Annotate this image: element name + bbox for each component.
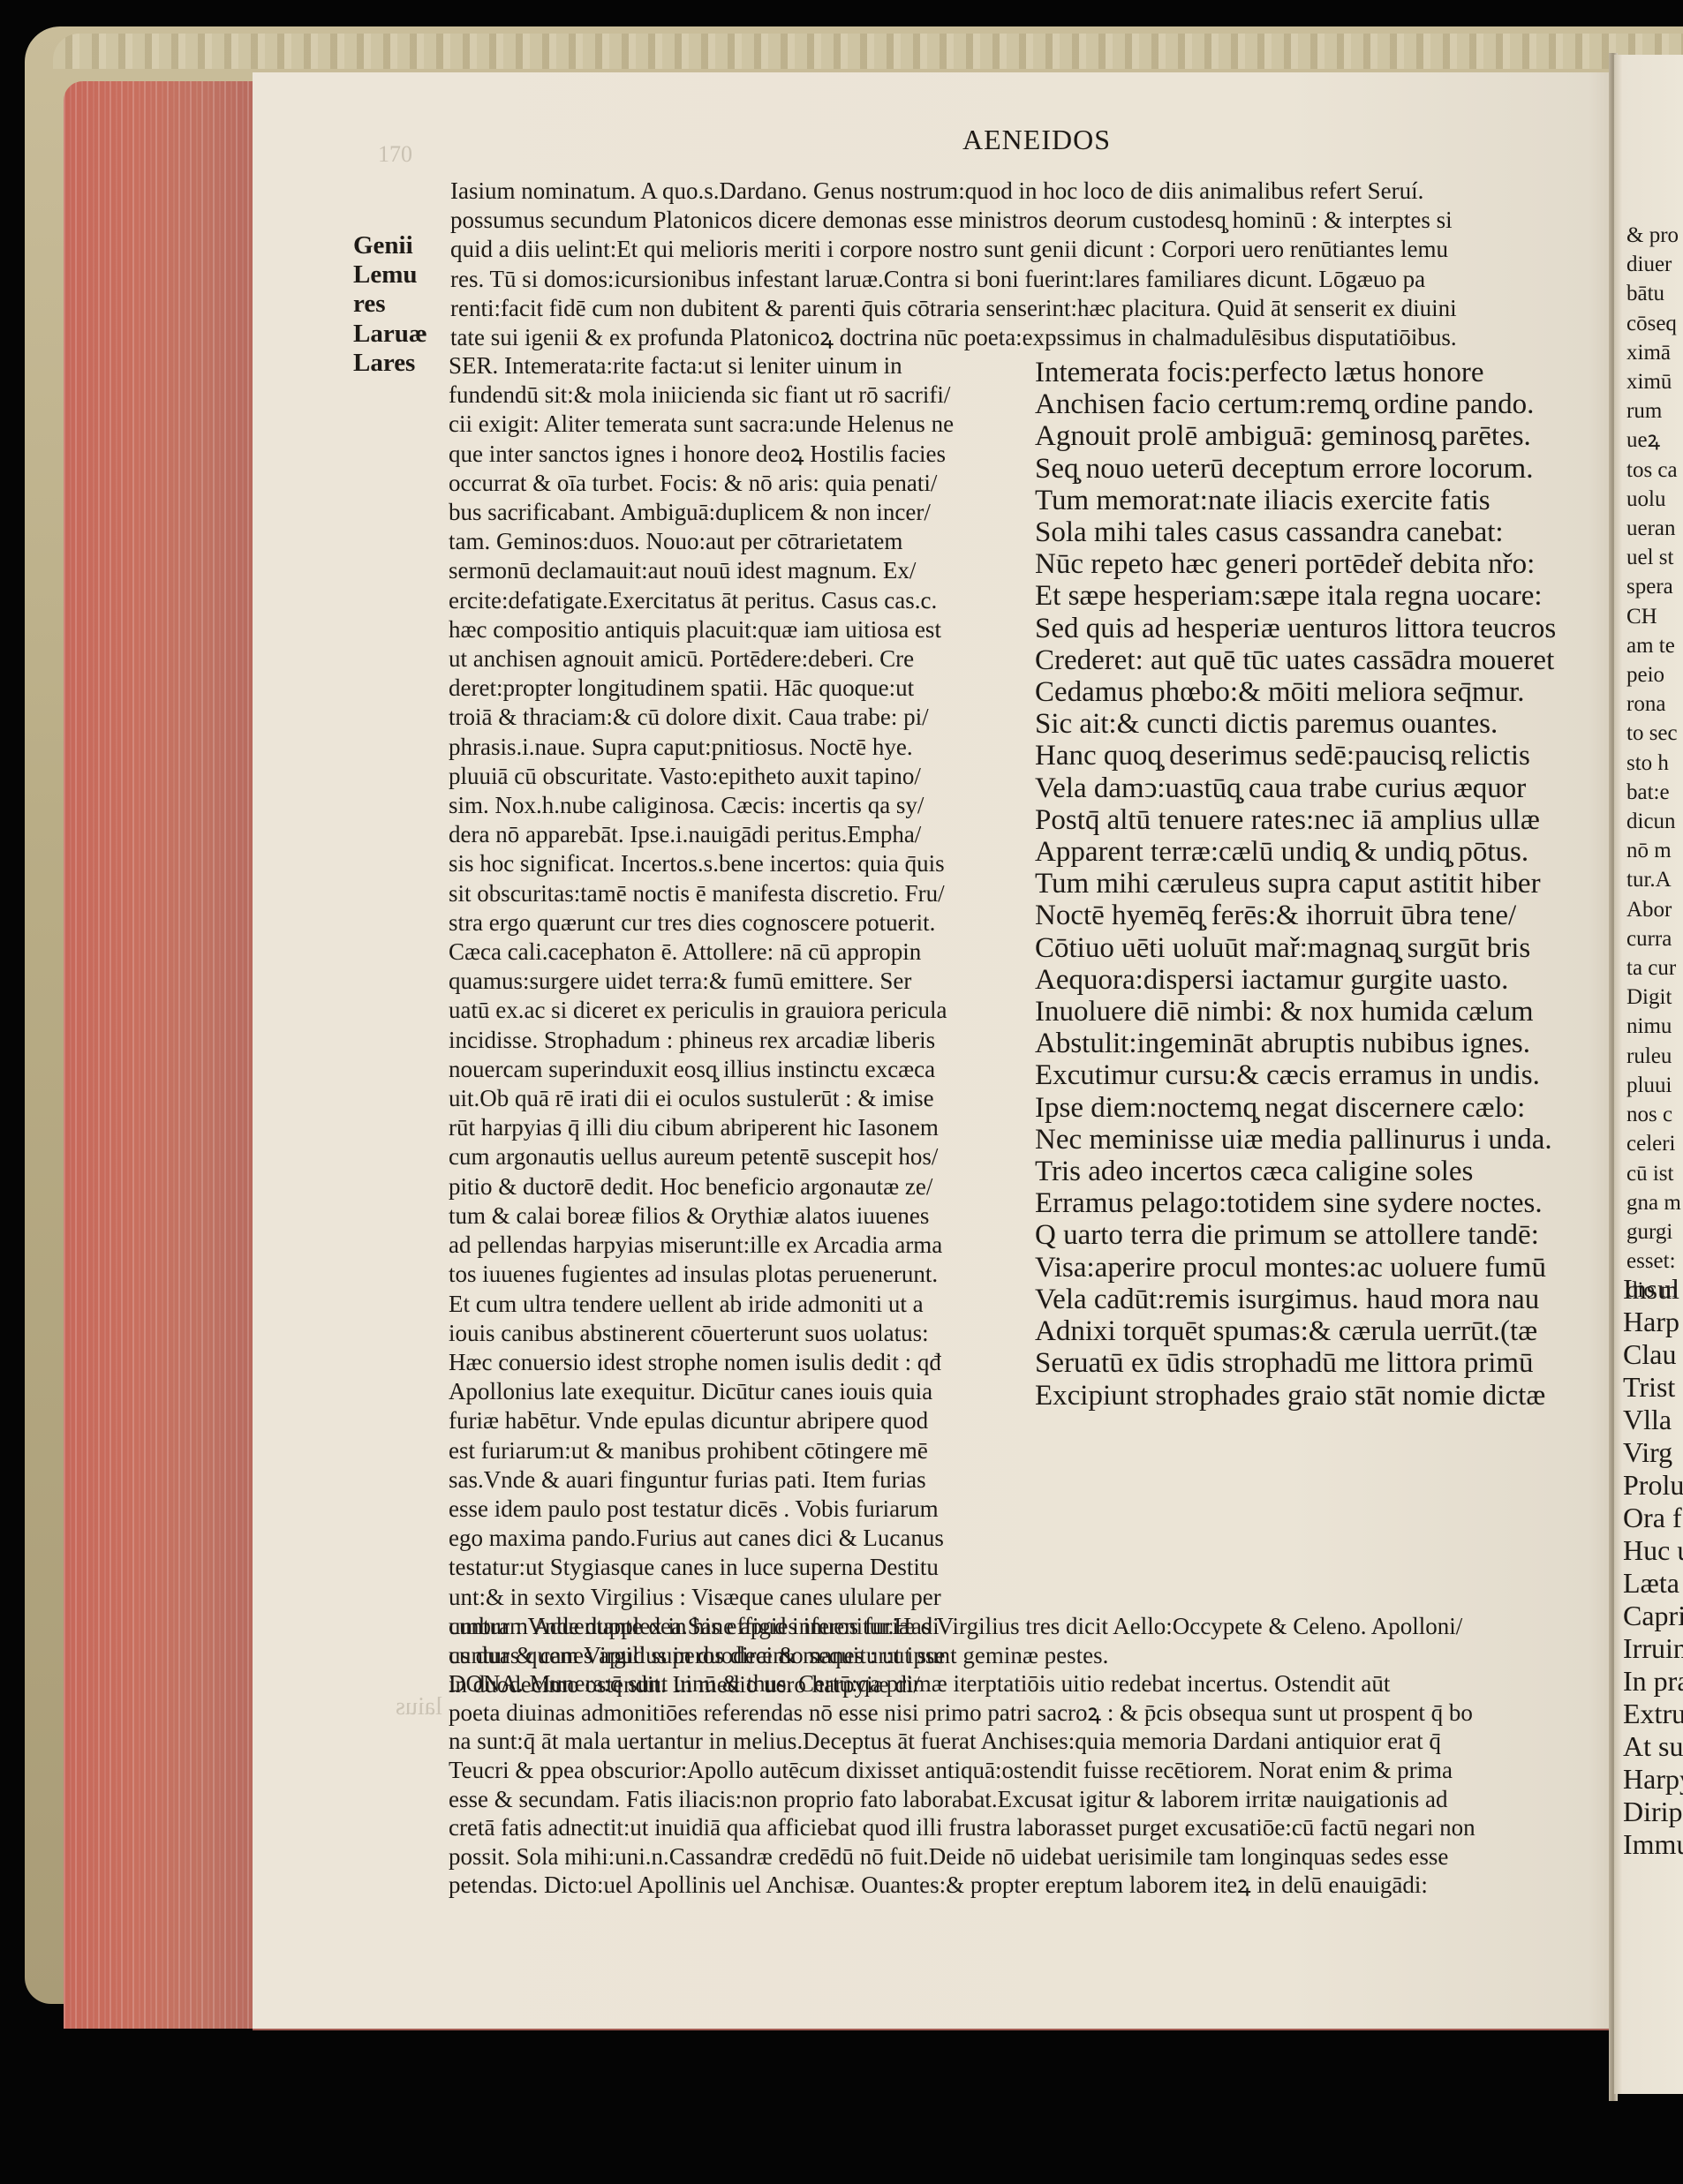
facing-gloss-line: Abor [1626,895,1681,924]
gloss-line: Hæc conuersio idest strophe nomen isulis… [449,1348,1023,1377]
verse-line: Tum mihi cæruleus supra caput astitit hi… [1035,868,1591,900]
text-line: res. Tū si domos:icursionibus infestant … [450,265,1589,294]
gloss-line: furiæ habētur. Vnde epulas dicuntur abri… [449,1406,1023,1435]
gloss-line: unt:& in sexto Virgilius : Visæque canes… [449,1583,1023,1612]
facing-verse-line: Insul [1623,1273,1683,1306]
gloss-line: Cæca cali.cacephaton ē. Attollere: nā cū… [449,938,1023,967]
facing-gloss-line: nos c [1626,1100,1681,1129]
commentary-column: SER. Intemerata:rite facta:ut si leniter… [449,351,1023,1699]
text-line: renti:facit fidē cum non dubitent & pare… [450,294,1589,323]
facing-verse-line: Trist [1623,1371,1683,1404]
running-head: AENEIDOS [962,124,1111,156]
gloss-line: cum argonautis uellus aureum petentē sus… [449,1142,1023,1171]
verse-line: Excipiunt strophades graio stāt nomie di… [1035,1380,1591,1412]
gloss-line: tam. Geminos:duos. Nouo:aut per cōtrarie… [449,527,1023,556]
gloss-line: ut anchisen agnouit amicū. Portēdere:deb… [449,644,1023,674]
verse-line: Vela damↄ:uastūq̧ caua trabe curius æquo… [1035,772,1591,804]
gloss-line: nouercam superinduxit eosq̧ illius insti… [449,1055,1023,1084]
facing-gloss-line: pluui [1626,1071,1681,1100]
text-line: poeta diuinas admonitiōes referendas nō … [449,1698,1596,1728]
facing-gloss-line: esset: [1626,1246,1681,1276]
facing-gloss-line: dicun [1626,807,1681,836]
facing-gloss-fragments: & prodiuerbātucōseqximāximūrumueꝝtos cau… [1626,221,1681,1306]
facing-gloss-line: to sec [1626,719,1681,748]
gloss-line: stra ergo quærunt cur tres dies cognosce… [449,908,1023,938]
gloss-line: sas.Vnde & auari finguntur furias pati. … [449,1465,1023,1495]
gloss-line: Apollonius late exequitur. Dicūtur canes… [449,1377,1023,1406]
verse-line: Tris adeo incertos cæca caligine soles [1035,1156,1591,1187]
facing-gloss-line: peio [1626,660,1681,689]
facing-verse-line: Harp [1623,1306,1683,1338]
gloss-line: fundendū sit:& mola iniicienda sic fiant… [449,380,1023,410]
facing-gloss-line: bātu [1626,279,1681,308]
gloss-line: pitio & ductorē dedit. Hoc beneficio arg… [449,1172,1023,1201]
margin-note: Lemu [353,260,427,290]
verse-line: Cōtiuo uēti uoluūt mař:magnaq̧ surgūt br… [1035,932,1591,964]
verse-line: Adnixi torquēt spumas:& cærula uerrūt.(t… [1035,1315,1591,1347]
gloss-line: sis hoc significat. Incertos.s.bene ince… [449,849,1023,878]
text-line: cretā fatis adnectit:ut inuidiā qua affi… [449,1813,1596,1842]
verse-line: Ipse diem:noctemq̧ negat discernere cælo… [1035,1092,1591,1124]
facing-gloss-line: diuer [1626,250,1681,279]
facing-verse-line: Extru [1623,1698,1683,1730]
gloss-line: occurrat & oīa turbet. Focis: & nō aris:… [449,469,1023,498]
facing-verse-line: In pra [1623,1665,1683,1698]
facing-verse-fragments: InsulHarpClauTristVllaVirgProluOra fHuc … [1623,1273,1683,1861]
facing-verse-line: Diripi [1623,1796,1683,1828]
verse-line: Et sæpe hesperiam:sæpe itala regna uocar… [1035,580,1591,612]
show-through-margin-note: laius [396,1693,442,1721]
facing-gloss-line: cōseq [1626,309,1681,338]
gloss-line: ego maxima pando.Furius aut canes dici &… [449,1524,1023,1553]
gloss-line: troiā & thraciam:& cū dolore dixit. Caua… [449,703,1023,732]
margin-note: Genii [353,231,427,260]
facing-gloss-line: uel st [1626,543,1681,572]
text-line: esse & secundam. Fatis iliacis:non propr… [449,1785,1596,1814]
verse-line: Noctē hyemēq̧ ferēs:& ihorruit ūbra tene… [1035,900,1591,931]
gloss-line: uit.Ob quā rē irati dii ei oculos sustul… [449,1084,1023,1113]
facing-gloss-line: am te [1626,631,1681,660]
gloss-line: Et cum ultra tendere uellent ab iride ad… [449,1290,1023,1319]
facing-gloss-line: Digit [1626,983,1681,1012]
facing-gloss-line: curra [1626,924,1681,953]
margin-note: Laruæ [353,320,427,349]
verse-line: Apparent terræ:cælū undiq̧ & undiq̧ pōtu… [1035,836,1591,868]
facing-gloss-line: rona [1626,689,1681,719]
facing-gloss-line: gna m [1626,1188,1681,1217]
verse-line: Seq̧ nouo ueterū deceptum errore locorum… [1035,453,1591,485]
facing-verse-line: Ora f [1623,1502,1683,1534]
commentary-bottom-block: cuntur : Vnde dupplex in his effigies in… [449,1612,1596,1900]
text-line: na sunt:q̄ āt mala uertantur in melius.D… [449,1727,1596,1756]
text-line: DONA. Munera:q̄ sunt uinū & thus. Certū:… [449,1669,1596,1698]
verse-line: Agnouit prolē ambiguā: geminosq̧ parētes… [1035,420,1591,452]
text-line: petendas. Dicto:uel Apollinis uel Anchis… [449,1871,1596,1900]
verse-line: Sola mihi tales casus cassandra canebat: [1035,516,1591,548]
facing-gloss-line: ta cur [1626,953,1681,983]
facing-verse-line: Irruin [1623,1632,1683,1665]
facing-gloss-line: uolu [1626,485,1681,514]
facing-gloss-line: nō m [1626,836,1681,865]
verse-line: Hanc quoq̧ deserimus sedē:paucisq̧ relic… [1035,740,1591,772]
facing-verse-line: Vlla [1623,1404,1683,1436]
gloss-line: bus sacrificabant. Ambiguā:duplicem & no… [449,498,1023,527]
facing-page-edge: & prodiuerbātucōseqximāximūrumueꝝtos cau… [1614,55,1683,2094]
facing-verse-line: Capri [1623,1600,1683,1632]
gloss-line: testatur:ut Stygiasque canes in luce sup… [449,1553,1023,1582]
gloss-line: iouis canibus abstinerent cōuerterunt su… [449,1319,1023,1348]
gloss-line: incidisse. Strophadum : phineus rex arca… [449,1026,1023,1055]
facing-gloss-line: ueran [1626,514,1681,543]
facing-gloss-line: sto h [1626,749,1681,778]
facing-gloss-line: ximū [1626,367,1681,396]
text-line: Iasium nominatum. A quo.s.Dardano. Genus… [450,177,1589,206]
facing-verse-line: At sub [1623,1730,1683,1763]
facing-gloss-line: celeri [1626,1129,1681,1158]
verse-line: Tum memorat:nate iliacis exercite fatis [1035,485,1591,516]
facing-gloss-line: ximā [1626,338,1681,367]
verse-column: Intemerata focis:perfecto lætus honoreAn… [1035,357,1591,1412]
gloss-line: est furiarum:ut & manibus prohibent cōti… [449,1436,1023,1465]
verse-line: Inuoluere diē nimbi: & nox humida cælum [1035,996,1591,1028]
verse-line: Visa:aperire procul montes:ac uoluere fu… [1035,1252,1591,1284]
show-through-folio: 170 [378,141,412,168]
facing-gloss-line: tur.A [1626,865,1681,894]
verse-line: Sed quis ad hesperiæ uenturos littora te… [1035,613,1591,644]
text-line: quid a diis uelint:Et qui melioris merit… [450,235,1589,264]
margin-note: res [353,290,427,319]
gloss-line: ercite:defatigate.Exercitatus āt peritus… [449,586,1023,615]
facing-gloss-line: CH [1626,602,1681,631]
verse-line: Vela cadūt:remis isurgimus. haud mora na… [1035,1284,1591,1315]
text-line: tate sui igenii & ex profunda Platonicoꝝ… [450,323,1589,352]
verse-line: Nec meminisse uiæ media pallinurus i und… [1035,1124,1591,1156]
verse-line: Q uarto terra die primum se attollere ta… [1035,1219,1591,1251]
facing-gloss-line: tos ca [1626,456,1681,485]
facing-verse-line: Virg [1623,1436,1683,1469]
gloss-line: hæc compositio antiquis placuit:quæ iam … [449,615,1023,644]
gloss-line: cii exigit: Aliter temerata sunt sacra:u… [449,410,1023,439]
margin-notes: GeniiLemuresLaruæLares [353,231,427,378]
gloss-line: rūt harpyias q̄ illi diu cibum abriperen… [449,1113,1023,1142]
text-line: cuntur : Vnde dupplex in his effigies in… [449,1612,1596,1641]
gloss-line: quamus:surgere uidet terra:& fumū emitte… [449,967,1023,996]
facing-gloss-line: nimu [1626,1012,1681,1041]
facing-verse-line: Prolu [1623,1469,1683,1502]
facing-gloss-line: rum [1626,396,1681,426]
gloss-line: pluuiā cū obscuritate. Vasto:epitheto au… [449,762,1023,791]
facing-gloss-line: spera [1626,572,1681,601]
verse-line: Postq̄ altū tenuere rates:nec iā amplius… [1035,804,1591,836]
margin-note: Lares [353,349,427,378]
verse-line: Crederet: aut quē tūc uates cassādra mou… [1035,644,1591,676]
gloss-line: que inter sanctos ignes i honore deoꝝ Ho… [449,440,1023,469]
facing-gloss-line: & pro [1626,221,1681,250]
verse-line: Erramus pelago:totidem sine sydere nocte… [1035,1187,1591,1219]
red-fore-edge [64,81,254,2029]
facing-verse-line: Harpy [1623,1763,1683,1796]
text-line: us duas quem Virgilius in duodecimo sequ… [449,1641,1596,1670]
verse-line: Excutimur cursu:& cæcis erramus in undis… [1035,1059,1591,1091]
binding-headcap [53,34,1683,69]
facing-verse-line: Læta [1623,1567,1683,1600]
gloss-line: tum & calai boreæ filios & Orythiæ alato… [449,1201,1023,1231]
gloss-line: ad pellendas harpyias miserunt:ille ex A… [449,1231,1023,1260]
facing-verse-line: Immu [1623,1828,1683,1861]
facing-gloss-line: ueꝝ [1626,426,1681,455]
facing-gloss-line: ruleu [1626,1042,1681,1071]
gloss-line: uatū ex.ac si diceret ex periculis in gr… [449,996,1023,1025]
verse-line: Anchisen facio certum:remq̧ ordine pando… [1035,388,1591,420]
verse-line: Aequora:dispersi iactamur gurgite uasto. [1035,964,1591,996]
verse-line: Sic ait:& cuncti dictis paremus ouantes. [1035,708,1591,740]
gloss-line: esse idem paulo post testatur dicēs . Vo… [449,1495,1023,1524]
gloss-line: phrasis.i.naue. Supra caput:pnitiosus. N… [449,733,1023,762]
gloss-line: deret:propter longitudinem spatii. Hāc q… [449,674,1023,703]
verse-line: Seruatū ex ūdis strophadū me littora pri… [1035,1347,1591,1379]
gloss-line: sit obscuritas:tamē noctis ē manifesta d… [449,879,1023,908]
gloss-line: sermonū declamauit:aut nouū idest magnum… [449,556,1023,585]
facing-verse-line: Clau [1623,1338,1683,1371]
verse-line: Intemerata focis:perfecto lætus honore [1035,357,1591,388]
verse-line: Abstulit:ingemināt abruptis nubibus igne… [1035,1028,1591,1059]
facing-verse-line: Huc u [1623,1534,1683,1567]
gloss-line: dera nō apparebāt. Ipse.i.nauigādi perit… [449,820,1023,849]
gloss-line: tos iuuenes fugientes ad insulas plotas … [449,1260,1023,1289]
verse-line: Nūc repeto hæc generi portēdeř debita nř… [1035,548,1591,580]
text-line: possumus secundum Platonicos dicere demo… [450,206,1589,235]
text-line: possit. Sola mihi:uni.n.Cassandræ credēd… [449,1842,1596,1871]
commentary-top-block: Iasium nominatum. A quo.s.Dardano. Genus… [450,177,1589,352]
text-line: Teucri & ppea obscurior:Apollo autēcum d… [449,1756,1596,1785]
facing-gloss-line: cū ist [1626,1159,1681,1188]
gloss-line: SER. Intemerata:rite facta:ut si leniter… [449,351,1023,380]
facing-gloss-line: bat:e [1626,778,1681,807]
facing-gloss-line: gurgi [1626,1217,1681,1246]
gloss-line: sim. Nox.h.nube caliginosa. Cæcis: incer… [449,791,1023,820]
verse-line: Cedamus phœbo:& mōiti meliora seq̄mur. [1035,676,1591,708]
